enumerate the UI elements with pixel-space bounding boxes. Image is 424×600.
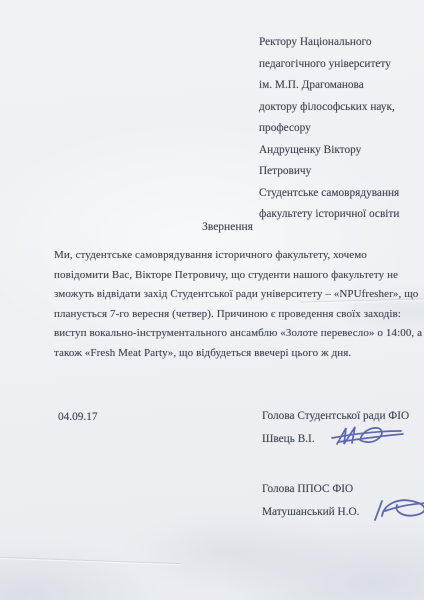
body-line: зможуть відвідати захід Студентської рад… [54, 285, 422, 305]
handwritten-signature [370, 494, 424, 526]
handwritten-signature [329, 421, 407, 451]
body-line: також «Fresh Meat Party», що відбудеться… [54, 344, 422, 364]
body-line: Ми, студентське самоврядування історично… [54, 246, 422, 266]
letter-date: 04.09.17 [58, 411, 98, 423]
paper-crease [0, 557, 180, 564]
signatory-name: Швець В.І. [262, 433, 315, 445]
addressee-line: Андрущенку Віктору [259, 140, 399, 162]
signatory-name: Матушанський Н.О. [262, 506, 360, 518]
body-line: планується 7-го вересня (четвер). Причин… [54, 305, 422, 325]
addressee-line: доктору філософських наук, [259, 97, 399, 119]
body-line: повідомити Вас, Вікторе Петровичу, що ст… [54, 266, 422, 286]
addressee-block: Ректору Національного педагогічного унів… [259, 32, 399, 226]
scanned-letter-page: Ректору Національного педагогічного унів… [0, 0, 424, 600]
addressee-line: професору [259, 118, 399, 140]
addressee-line: Ректору Національного [259, 32, 399, 54]
addressee-line: педагогічного університету [259, 54, 399, 76]
body-line: виступ вокально-інструментального ансамб… [54, 324, 422, 344]
letter-title: Звернення [55, 221, 400, 233]
signatory-block-ppos: Голова ППОС ФІО Матушанський Н.О. [262, 483, 424, 518]
addressee-line: Студентське самоврядування [259, 183, 399, 205]
addressee-line: Петровичу [259, 161, 399, 183]
addressee-line: ім. М.П. Драгоманова [259, 75, 399, 97]
letter-body: Ми, студентське самоврядування історично… [54, 246, 422, 364]
signatory-block-student-council: Голова Студентської ради ФІО Швець В.І. [262, 410, 409, 445]
